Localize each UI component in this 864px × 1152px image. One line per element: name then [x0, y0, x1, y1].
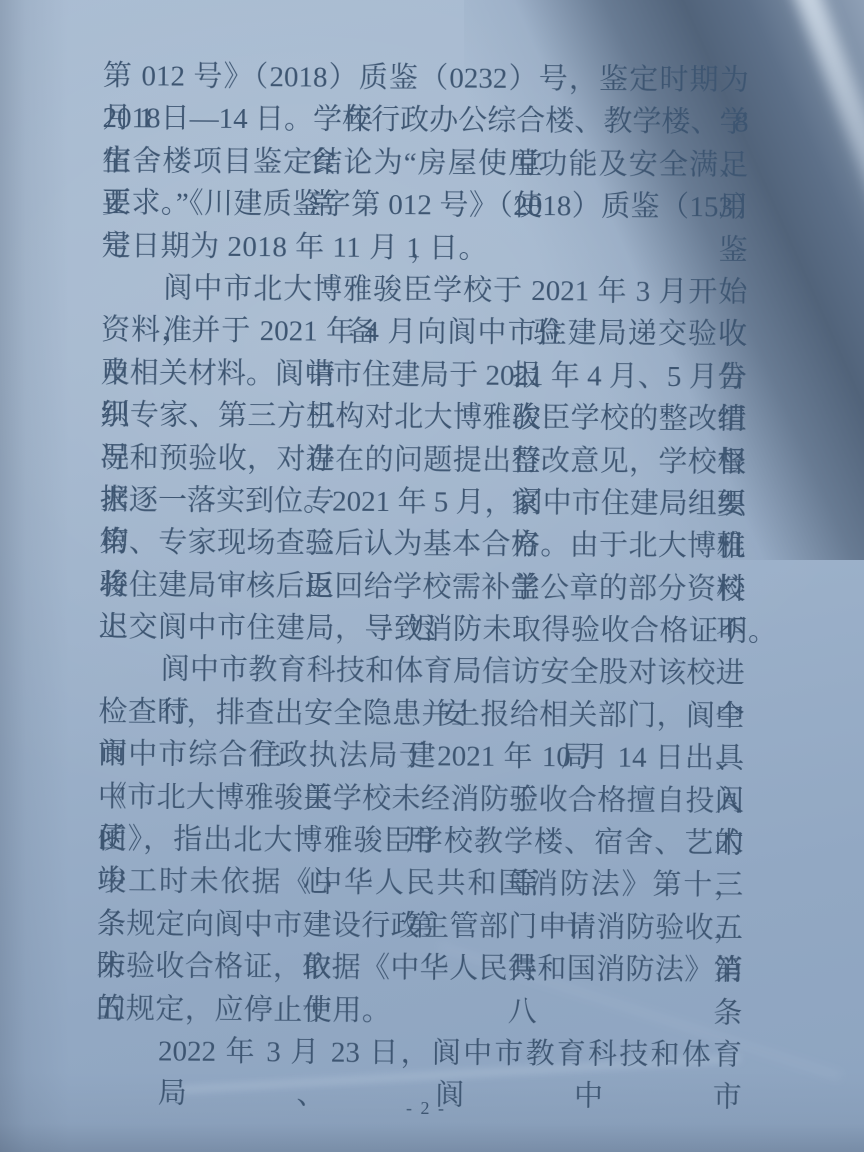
document-text-line: 资料，并于 2021 年 4 月向阆中市住建局递交验收申请报告 [101, 309, 747, 356]
document-text-line: 中市北大博雅骏臣学校未经消防验收合格擅自投入使用的 [98, 776, 744, 823]
document-text-line: 2022 年 3 月 23 日，阆中市教育科技和体育局、阆中市 [96, 1030, 742, 1077]
document-text-line: 宿舍楼项目鉴定结论为“房屋使用功能及安全满足正常使用 [102, 140, 748, 187]
document-text-line: 条规定向阆中市建设行政主管部门申请消防验收，未取得消 [97, 903, 743, 950]
document-text-line: 上交阆中市住建局，导致消防未取得验收合格证明。 [99, 606, 745, 653]
document-text-line: 求逐一落实到位。2021 年 5 月，阆中市住建局组织第三方机 [100, 479, 746, 526]
document-text-line: 导和预验收，对存在的问题提出整改意见，学校根据专家要 [100, 437, 746, 484]
document-text-line: 阆中市北大博雅骏臣学校于 2021 年 3 月开始准备验收 [101, 267, 747, 314]
page-fold-highlight [788, 0, 864, 371]
document-text-line: 将住建局审核后返回给学校需补盖公章的部分资料迟迟不 [99, 564, 745, 611]
document-text-line: 织专家、第三方机构对北大博雅骏臣学校的整改情况进行督 [100, 394, 746, 441]
document-text-line: 竣工时未依据《中华人民共和国消防法》第十三条、第十五 [97, 860, 743, 907]
document-text-line: 第 012 号》（2018）质鉴（0232）号，鉴定时期为 2018 年 8 [103, 55, 749, 102]
document-text-line: 函》，指出北大博雅骏臣学校教学楼、宿舍、艺术中心等， [97, 818, 743, 865]
document-text-line: 月 1 日—14 日。学校行政办公综合楼、教学楼、学生食堂、 [102, 97, 748, 144]
document-body-text: 第 012 号》（2018）质鉴（0232）号，鉴定时期为 2018 年 8月 … [96, 55, 749, 1077]
document-text-line: 要求。”《川建质鉴字第 012 号》（2018）质鉴（153）号，鉴 [102, 182, 748, 229]
document-text-line: 构、专家现场查验后认为基本合格。由于北大博雅骏臣学校 [99, 521, 745, 568]
document-text-line: 防验收合格证，依据《中华人民共和国消防法》第五十八条 [96, 945, 742, 992]
document-text-line: 阆中市综合行政执法局于 2021 年 10 月 14 日出具《关于阆 [98, 733, 744, 780]
document-text-line: 检查时，排查出安全隐患并上报给相关部门，阆中市住建局、 [98, 691, 744, 738]
document-text-line: 阆中市教育科技和体育局信访安全股对该校进行安全 [99, 648, 745, 695]
page-number: - 2 - [103, 1096, 749, 1122]
paper-page: 第 012 号》（2018）质鉴（0232）号，鉴定时期为 2018 年 8月 … [0, 0, 864, 1152]
document-text-line: 及相关材料。阆中市住建局于 2021 年 4 月、5 月分别三次组 [101, 352, 747, 399]
